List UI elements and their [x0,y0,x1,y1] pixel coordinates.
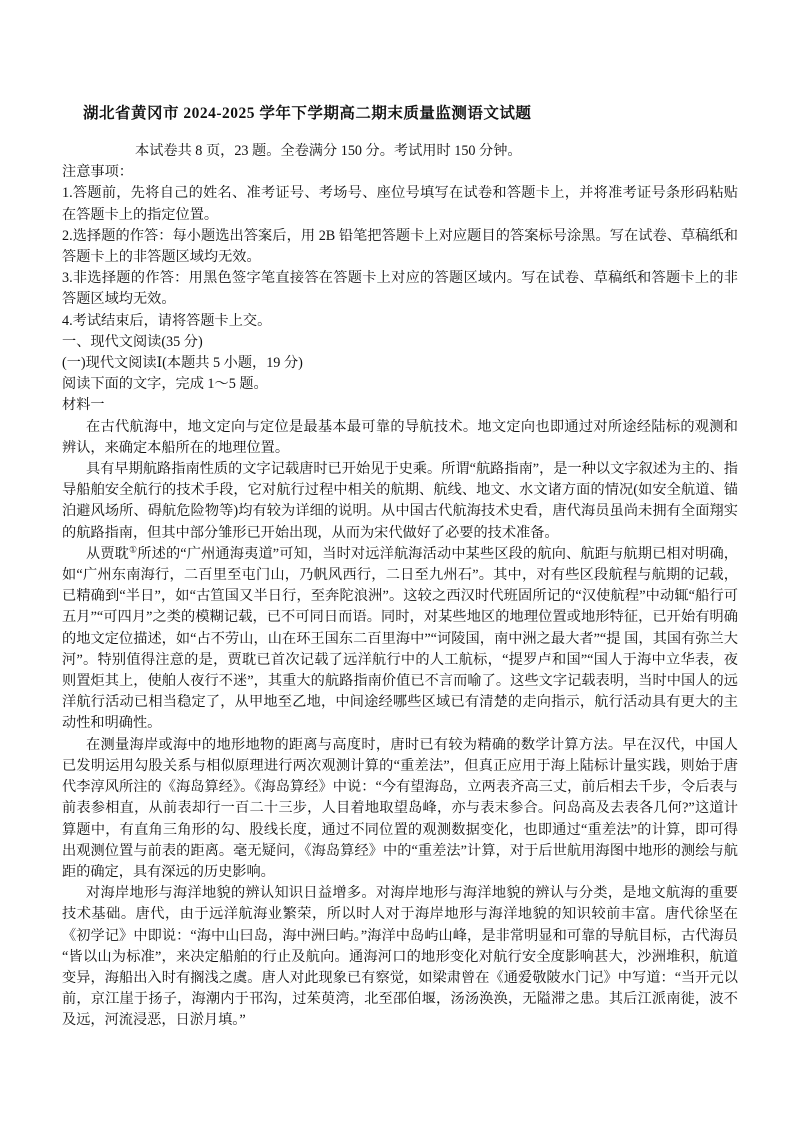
notice-heading: 注意事项： [62,162,738,183]
material-paragraph-3-text-cont: 所述的“广州通海夷道”可知，当时对远洋航海活动中某些区段的航向、航距与航期已相对… [62,546,738,732]
material-paragraph-4: 在测量海岸或海中的地形地物的距离与高度时，唐时已有较为精确的数学计算方法。早在汉… [62,735,738,883]
material-paragraph-2: 具有早期航路指南性质的文字记载唐时已开始见于史乘。所谓“航路指南”，是一种以文字… [62,459,738,544]
material-paragraph-1: 在古代航海中，地文定向与定位是最基本最可靠的导航技术。地文定向也即通过对所途经陆… [62,417,738,459]
exam-meta-line: 本试卷共 8 页，23 题。全卷满分 150 分。考试用时 150 分钟。 [62,141,738,162]
exam-title: 湖北省黄冈市 2024-2025 学年下学期高二期末质量监测语文试题 [62,103,738,125]
material-paragraph-3: 从贾耽①所述的“广州通海夷道”可知，当时对远洋航海活动中某些区段的航向、航距与航… [62,544,738,735]
exam-paper-page: 湖北省黄冈市 2024-2025 学年下学期高二期末质量监测语文试题 本试卷共 … [0,0,800,1131]
exam-body: 本试卷共 8 页，23 题。全卷满分 150 分。考试用时 150 分钟。 注意… [62,141,738,1032]
notice-item-3: 3.非选择题的作答：用黑色签字笔直接答在答题卡上对应的答题区域内。写在试卷、草稿… [62,268,738,310]
notice-item-1: 1.答题前，先将自己的姓名、准考证号、考场号、座位号填写在试卷和答题卡上，并将准… [62,183,738,225]
section-heading: 一、现代文阅读(35 分) [62,332,738,353]
notice-item-2: 2.选择题的作答：每小题选出答案后，用 2B 铅笔把答题卡上对应题目的答案标号涂… [62,226,738,268]
notice-item-4: 4.考试结束后，请将答题卡上交。 [62,311,738,332]
material-paragraph-3-text: 从贾耽 [86,546,129,562]
reading-instruction: 阅读下面的文字，完成 1～5 题。 [62,374,738,395]
material-paragraph-5: 对海岸地形与海洋地貌的辨认知识日益增多。对海岸地形与海洋地貌的辨认与分类，是地文… [62,883,738,1031]
material-label: 材料一 [62,395,738,416]
subsection-heading: (一)现代文阅读Ⅰ(本题共 5 小题，19 分) [62,353,738,374]
